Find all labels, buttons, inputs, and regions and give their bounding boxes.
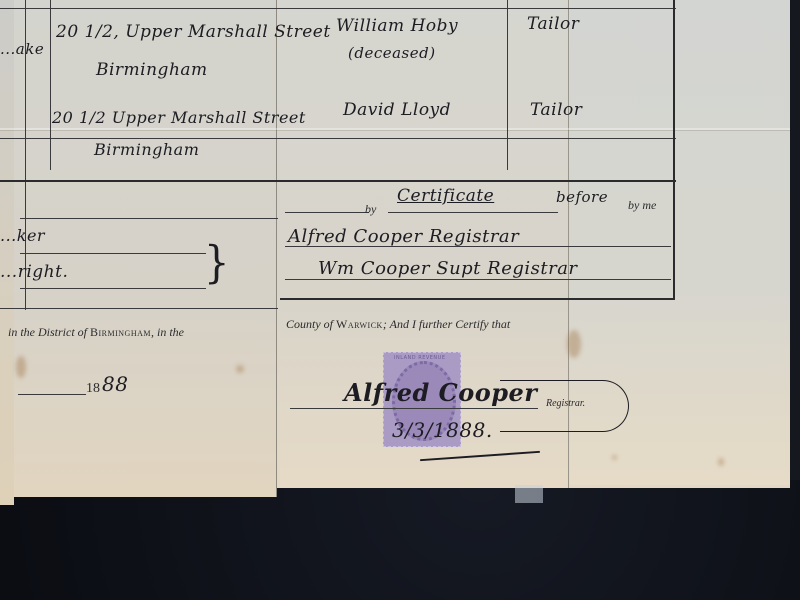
date-line: [18, 394, 86, 395]
father-name: William Hoby: [336, 16, 458, 36]
table-rule: [0, 138, 676, 139]
witness-line: [20, 253, 206, 254]
residence-line1: 20 1/2, Upper Marshall Street: [56, 22, 331, 42]
dark-edge: [790, 0, 800, 480]
section-divider: [280, 298, 675, 300]
residence-line2: Birmingham: [96, 60, 208, 80]
table-rule: [0, 8, 676, 9]
certification-text: , in the: [151, 325, 184, 339]
supt-registrar-line: [285, 279, 671, 280]
tape-fragment: [515, 485, 543, 503]
certificate-paper: ...ake 20 1/2, Upper Marshall Street Bir…: [0, 0, 790, 488]
left-fragment-text: ...ake: [0, 40, 44, 58]
father-occupation: Tailor: [530, 100, 582, 120]
signature-flourish: [500, 380, 629, 432]
certificate-line: [388, 212, 558, 213]
witness-line: [20, 218, 278, 219]
district-name: Birmingham: [90, 325, 151, 339]
section-divider: [0, 180, 676, 182]
certification-text: ; And I further Certify that: [383, 317, 510, 331]
fold-crease: [0, 128, 790, 130]
by-label: by: [365, 202, 376, 217]
foxing-stain: [718, 458, 724, 466]
supt-registrar-name: Wm Cooper Supt Registrar: [318, 258, 578, 279]
foxing-stain: [612, 455, 617, 460]
certification-text: County of: [286, 317, 333, 331]
blank-line: [285, 212, 369, 213]
brace-mark: }: [204, 238, 229, 289]
certification-text: in the District of: [8, 325, 87, 339]
certification-line-right: County of Warwick; And I further Certify…: [286, 317, 510, 332]
table-border-right: [673, 0, 675, 300]
before-text: before: [556, 188, 608, 206]
manner-text: Certificate: [397, 186, 494, 206]
residence-line2: Birmingham: [94, 140, 199, 159]
father-occupation: Tailor: [527, 14, 579, 34]
column-rule: [507, 0, 508, 170]
foxing-stain: [16, 356, 26, 378]
foxing-stain: [567, 330, 581, 358]
witness-fragment: ...ker: [0, 226, 45, 245]
by-me-label: by me: [628, 198, 656, 213]
year-suffix: 88: [102, 372, 128, 396]
certification-line-left: in the District of Birmingham, in the: [8, 325, 184, 340]
father-name: David Lloyd: [343, 100, 451, 120]
witness-line: [20, 288, 206, 289]
foxing-stain: [236, 365, 244, 373]
father-note: (deceased): [348, 44, 436, 62]
year-prefix: 18: [86, 381, 100, 397]
county-name: Warwick: [336, 317, 383, 331]
registrar-name: Alfred Cooper Registrar: [288, 226, 519, 247]
witness-fragment: ...right.: [0, 262, 68, 282]
column-rule: [50, 0, 51, 170]
signature-date: 3/3/1888.: [392, 418, 493, 442]
stamp-label: INLAND REVENUE: [394, 355, 446, 361]
section-divider: [0, 308, 278, 309]
residence-line1: 20 1/2 Upper Marshall Street: [52, 108, 306, 127]
paper-panel-left-edge: [0, 0, 14, 505]
